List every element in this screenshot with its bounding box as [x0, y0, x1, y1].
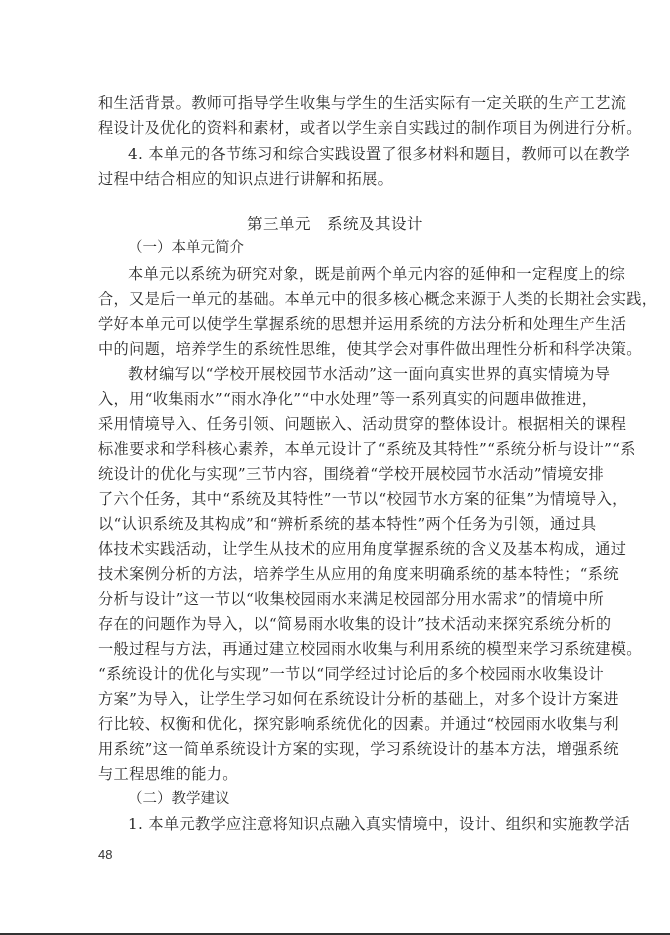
- body-text-line: 学好本单元可以使学生掌握系统的思想并运用系统的方法分析和处理生产生活: [98, 314, 588, 334]
- unit-title: 第三单元 系统及其设计: [0, 214, 670, 234]
- body-text-line: 采用情境导入、任务引领、问题嵌入、活动贯穿的整体设计。根据相关的课程: [98, 414, 588, 434]
- list-item-4-line: 4. 本单元的各节练习和综合实践设置了很多材料和题目，教师可以在教学: [128, 144, 588, 164]
- body-text-line: 标准要求和学科核心素养，本单元设计了“系统及其特性”“系统分析与设计”“系: [98, 439, 588, 459]
- body-text-line: 存在的问题作为导入，以“简易雨水收集的设计”技术活动来探究系统分析的: [98, 614, 588, 634]
- body-text-line: 体技术实践活动，让学生从技术的应用角度掌握系统的含义及基本构成，通过: [98, 539, 588, 559]
- body-text-line: 和生活背景。教师可指导学生收集与学生的生活实际有一定关联的生产工艺流: [98, 93, 588, 113]
- document-page: 和生活背景。教师可指导学生收集与学生的生活实际有一定关联的生产工艺流 程设计及优…: [0, 0, 670, 933]
- body-text-line: 合，又是后一单元的基础。本单元中的很多核心概念来源于人类的长期社会实践，: [98, 289, 588, 309]
- body-text-line: 行比较、权衡和优化，探究影响系统优化的因素。并通过“校园雨水收集与利: [98, 714, 588, 734]
- page-number: 48: [98, 847, 112, 862]
- section-heading-suggestions: （二）教学建议: [128, 789, 230, 809]
- list-item-4-line: 过程中结合相应的知识点进行讲解和拓展。: [98, 169, 588, 189]
- section-heading-intro: （一）本单元简介: [128, 238, 244, 258]
- body-text-line: 以“认识系统及其构成”和“辨析系统的基本特性”两个任务为引领，通过具: [98, 514, 588, 534]
- body-text-line: 入，用“收集雨水”“雨水净化”“中水处理”等一系列真实的问题串做推进，: [98, 389, 588, 409]
- body-text-line: 了六个任务，其中“系统及其特性”一节以“校园节水方案的征集”为情境导入，: [98, 489, 588, 509]
- body-text-line: 与工程思维的能力。: [98, 764, 588, 784]
- body-text-line: 一般过程与方法，再通过建立校园雨水收集与利用系统的模型来学习系统建模。: [98, 639, 588, 659]
- body-text-line: 方案”为导入，让学生学习如何在系统设计分析的基础上，对多个设计方案进: [98, 689, 588, 709]
- body-text-line: 统设计的优化与实现”三节内容，围绕着“学校开展校园节水活动”情境安排: [98, 464, 588, 484]
- list-item-1-line: 1. 本单元教学应注意将知识点融入真实情境中，设计、组织和实施教学活: [128, 814, 588, 834]
- body-text-line: 教材编写以“学校开展校园节水活动”这一面向真实世界的真实情境为导: [128, 364, 588, 384]
- body-text-line: 用系统”这一简单系统设计方案的实现，学习系统设计的基本方法，增强系统: [98, 739, 588, 759]
- body-text-line: 程设计及优化的资料和素材，或者以学生亲自实践过的制作项目为例进行分析。: [98, 118, 588, 138]
- body-text-line: 中的问题，培养学生的系统性思维，使其学会对事件做出理性分析和科学决策。: [98, 339, 588, 359]
- body-text-line: 技术案例分析的方法，培养学生从应用的角度来明确系统的基本特性；“系统: [98, 564, 588, 584]
- body-text-line: 分析与设计”这一节以“收集校园雨水来满足校园部分用水需求”的情境中所: [98, 589, 588, 609]
- body-text-line: “系统设计的优化与实现”一节以“同学经过讨论后的多个校园雨水收集设计: [98, 664, 588, 684]
- body-text-line: 本单元以系统为研究对象，既是前两个单元内容的延伸和一定程度上的综: [128, 264, 588, 284]
